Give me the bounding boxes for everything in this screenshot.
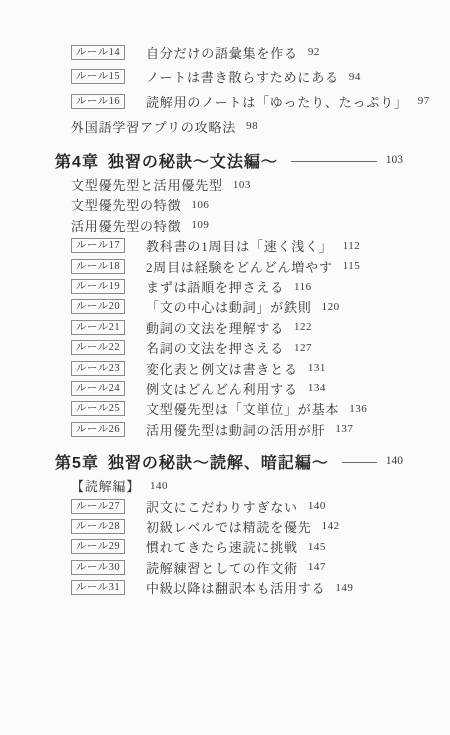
toc-item-page-number: 112 (343, 240, 361, 252)
toc-item: ルール182周目は経験をどんどん増やす115 (71, 256, 403, 276)
toc-section: 第5章独習の秘訣～読解、暗記編～140【読解編】140ルール27訳文にこだわりす… (55, 449, 403, 597)
toc-item-text: 自分だけの語彙集を作る (146, 43, 298, 62)
toc-item-page-number: 92 (308, 46, 320, 58)
toc-item-page-number: 97 (418, 95, 430, 107)
toc-item-text: 中級以降は翻訳本も活用する (146, 578, 325, 597)
toc-item-text: 文型優先型と活用優先型 (71, 175, 223, 194)
leader-line (291, 161, 377, 162)
toc-item-page-number: 134 (308, 382, 326, 394)
toc-item-list: 文型優先型と活用優先型103文型優先型の特徴106活用優先型の特徴109ルール1… (55, 174, 403, 439)
rule-number-badge: ルール29 (71, 539, 125, 554)
toc-item-text: 「文の中心は動詞」が鉄則 (146, 297, 312, 316)
toc-item: ルール20「文の中心は動詞」が鉄則120 (71, 297, 403, 317)
toc-item-page-number: 103 (233, 179, 251, 191)
toc-item-text: 読解練習としての作文術 (146, 558, 298, 577)
leader-line (342, 462, 377, 463)
toc-item: 文型優先型と活用優先型103 (71, 174, 403, 194)
toc-item-page-number: 115 (343, 260, 361, 272)
rule-number-badge: ルール23 (71, 361, 125, 376)
rule-number-badge: ルール21 (71, 320, 125, 335)
toc-item-text: 【読解編】 (71, 476, 140, 495)
chapter-heading: 第5章独習の秘訣～読解、暗記編～140 (55, 449, 403, 473)
toc-item: ルール31中級以降は翻訳本も活用する149 (71, 577, 403, 597)
toc-item-page-number: 127 (294, 342, 312, 354)
toc-item-text: 2周目は経験をどんどん増やす (146, 257, 333, 276)
toc-item-text: 活用優先型は動詞の活用が肝 (146, 420, 325, 439)
toc-item: ルール24例文はどんどん利用する134 (71, 378, 403, 398)
toc-section: 第4章独習の秘訣～文法編～103文型優先型と活用優先型103文型優先型の特徴10… (55, 148, 403, 439)
toc-item: 活用優先型の特徴109 (71, 215, 403, 235)
rule-number-badge: ルール31 (71, 580, 125, 595)
rule-number-badge: ルール28 (71, 519, 125, 534)
chapter-number: 第4章 (55, 149, 99, 172)
toc-item-text: 外国語学習アプリの攻略法 (71, 117, 236, 136)
toc-item-page-number: 106 (191, 199, 209, 211)
toc-item: ルール16読解用のノートは「ゆったり、たっぷり」97 (71, 89, 403, 114)
toc-item-page-number: 122 (294, 321, 312, 333)
rule-number-badge: ルール26 (71, 422, 125, 437)
toc-item: ルール26活用優先型は動詞の活用が肝137 (71, 419, 403, 439)
toc-item-page-number: 131 (308, 362, 326, 374)
toc-item-text: 活用優先型の特徴 (71, 216, 181, 235)
toc-item-page-number: 145 (308, 541, 326, 553)
toc-item: ルール17教科書の1周目は「速く浅く」112 (71, 236, 403, 256)
toc-item-text: 慣れてきたら速読に挑戦 (146, 537, 298, 556)
toc-item-text: まずは語順を押さえる (146, 277, 284, 296)
toc-item-page-number: 136 (349, 403, 367, 415)
toc-item-text: 例文はどんどん利用する (146, 379, 298, 398)
toc-item-text: 変化表と例文は書きとる (146, 359, 298, 378)
toc-section: ルール14自分だけの語彙集を作る92ルール15ノートは書き散らすためにある94ル… (55, 40, 403, 138)
rule-number-badge: ルール30 (71, 560, 125, 575)
toc-item-text: 訳文にこだわりすぎない (146, 497, 298, 516)
toc-item-text: 読解用のノートは「ゆったり、たっぷり」 (146, 92, 408, 111)
toc-item: ルール29慣れてきたら速読に挑戦145 (71, 537, 403, 557)
toc-item-page-number: 140 (308, 500, 326, 512)
toc-item-text: 教科書の1周目は「速く浅く」 (146, 236, 333, 255)
toc-item-page-number: 116 (294, 281, 312, 293)
rule-number-badge: ルール25 (71, 401, 125, 416)
toc-item: ルール15ノートは書き散らすためにある94 (71, 65, 403, 90)
toc-item-page-number: 94 (349, 71, 361, 83)
toc-item: ルール30読解練習としての作文術147 (71, 557, 403, 577)
rule-number-badge: ルール24 (71, 381, 125, 396)
rule-number-badge: ルール20 (71, 299, 125, 314)
rule-number-badge: ルール19 (71, 279, 125, 294)
toc-item-text: 文型優先型は「文単位」が基本 (146, 399, 339, 418)
toc-item-list: ルール14自分だけの語彙集を作る92ルール15ノートは書き散らすためにある94ル… (55, 40, 403, 138)
toc-item-text: 名詞の文法を押さえる (146, 338, 284, 357)
toc-item: ルール21動詞の文法を理解する122 (71, 317, 403, 337)
rule-number-badge: ルール18 (71, 259, 125, 274)
rule-number-badge: ルール22 (71, 340, 125, 355)
chapter-title: 独習の秘訣～文法編～ (108, 149, 278, 172)
toc-item: ルール14自分だけの語彙集を作る92 (71, 40, 403, 65)
toc-item: ルール27訳文にこだわりすぎない140 (71, 496, 403, 516)
rule-number-badge: ルール14 (71, 45, 125, 60)
toc-item-page-number: 137 (335, 423, 353, 435)
toc-item: ルール28初級レベルでは精読を優先142 (71, 516, 403, 536)
rule-number-badge: ルール15 (71, 69, 125, 84)
toc-item-page-number: 140 (150, 480, 168, 492)
chapter-page-number: 140 (386, 455, 403, 467)
toc-item-page-number: 149 (335, 582, 353, 594)
chapter-page-number: 103 (386, 154, 403, 166)
toc-item: 文型優先型の特徴106 (71, 195, 403, 215)
chapter-title: 独習の秘訣～読解、暗記編～ (108, 450, 329, 473)
toc-item: 【読解編】140 (71, 475, 403, 495)
rule-number-badge: ルール27 (71, 499, 125, 514)
toc-item-text: 動詞の文法を理解する (146, 318, 284, 337)
rule-number-badge: ルール16 (71, 94, 125, 109)
toc-item-text: 文型優先型の特徴 (71, 195, 181, 214)
toc-item: ルール19まずは語順を押さえる116 (71, 276, 403, 296)
toc-item: ルール25文型優先型は「文単位」が基本136 (71, 399, 403, 419)
toc-item-page-number: 120 (322, 301, 340, 313)
toc-item-page-number: 109 (191, 219, 209, 231)
toc-item: ルール22名詞の文法を押さえる127 (71, 338, 403, 358)
chapter-heading: 第4章独習の秘訣～文法編～103 (55, 148, 403, 172)
toc-item: ルール23変化表と例文は書きとる131 (71, 358, 403, 378)
toc-item-page-number: 98 (246, 120, 258, 132)
toc-item-text: ノートは書き散らすためにある (146, 67, 339, 86)
toc-item: 外国語学習アプリの攻略法98 (71, 114, 403, 139)
chapter-number: 第5章 (55, 450, 99, 473)
rule-number-badge: ルール17 (71, 238, 125, 253)
toc-item-page-number: 147 (308, 561, 326, 573)
toc-item-list: 【読解編】140ルール27訳文にこだわりすぎない140ルール28初級レベルでは精… (55, 475, 403, 597)
toc-item-text: 初級レベルでは精読を優先 (146, 517, 312, 536)
book-toc-page: ルール14自分だけの語彙集を作る92ルール15ノートは書き散らすためにある94ル… (0, 0, 450, 735)
toc-item-page-number: 142 (322, 520, 340, 532)
